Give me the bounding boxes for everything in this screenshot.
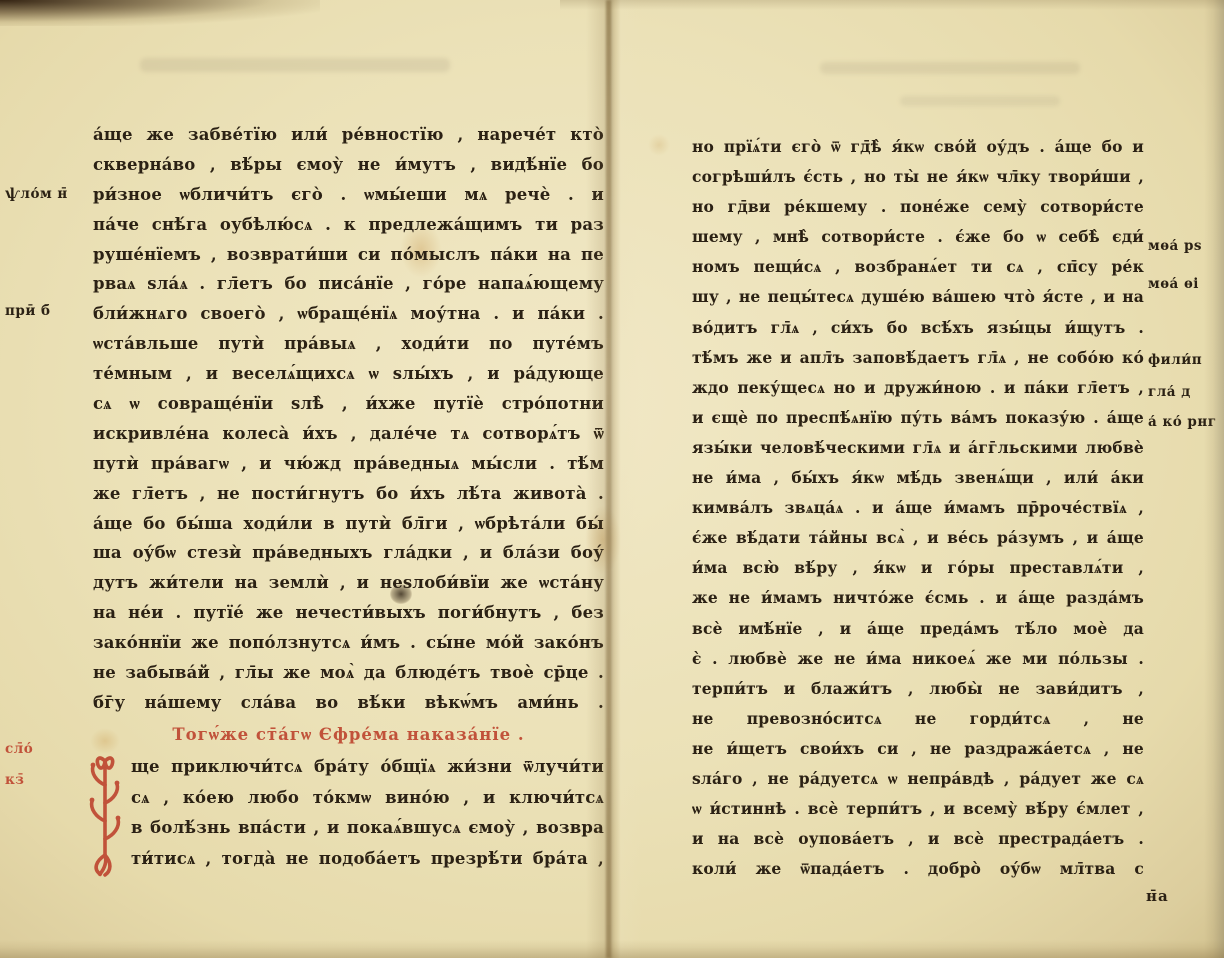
text-line: не и́щетъ свои́хъ си , не раздража́етсѧ … [692,734,1144,764]
chapter-text-block: ще приключи́тсѧ бра́ту о́бщїѧ жи́зни ѿлу… [131,752,604,874]
text-line: во́дитъ гл̄ѧ , си́хъ бо всѣ́хъ язы́цы и́… [692,313,1144,343]
text-line: а́ще бо бы́ша ходи́ли в путѝ бл̄ги , ѡбр… [93,509,604,539]
showthrough-text [140,58,450,72]
text-line: сѧ ѡ совраще́нїи ѕлѣ̀ , и́хже путїѐ стро… [93,389,604,419]
page-stack-edge-bottom [0,940,1224,958]
margin-note: фили́п [1148,352,1202,368]
text-line: тѣ́мъ же и апл̄ъ заповѣ́даетъ гл̄ѧ , не … [692,343,1144,373]
text-line: є́же вѣ́дати та́йны всѧ̀ , и ве́сь ра́зу… [692,523,1144,553]
text-line: коли́ же ѿпада́етъ . добро̀ оу́бѡ мл̄тва… [692,854,1144,884]
text-line: в болѣ́знь впа́сти , и покаѧ́вшусѧ ємоу̀… [131,813,604,844]
binding-edge-top-left [0,0,320,26]
paper-stain [648,134,670,156]
text-line: не и́ма , бы́хъ я́кѡ мѣ́дь звенѧ́щи , ил… [692,463,1144,493]
text-line: ще приключи́тсѧ бра́ту о́бщїѧ жи́зни ѿлу… [131,752,604,783]
text-line: номъ пещи́сѧ , возбранѧ́ет ти сѧ , сп̄су… [692,252,1144,282]
text-line: и єщѐ по преспѣ́ѧнїю пу́ть ва́мъ показу́… [692,403,1144,433]
text-line: зако́ннїи же попо́лзнутсѧ и́мъ . сы́не м… [93,628,604,658]
text-line: скверна́во , вѣ́ры ємоу̀ не и́мутъ , вид… [93,150,604,180]
text-line: кимва́лъ звѧца́ѧ . и а́ще и́мамъ пр̄роче… [692,493,1144,523]
text-line: сѧ , ко́ею любо то́кмѡ вино́ю , и ключи́… [131,783,604,814]
text-line: ѕла́го , не ра́дуетсѧ ѡ непра́вдѣ , ра́д… [692,764,1144,794]
text-line: ри́зное ѡбличи́тъ єго̀ . ѡмы́еши мѧ речѐ… [93,180,604,210]
text-line: дутъ жи́тели на землѝ , и неѕлоби́вїи же… [93,568,604,598]
text-line: шу , не пецы́тесѧ душе́ю ва́шею что̀ я́с… [692,282,1144,312]
text-line: а́ще же забве́тїю или́ ре́вностїю , наре… [93,120,604,150]
page-stack-edge-right [1204,0,1224,958]
text-line: є̀ . любвѐ же не и́ма никоеѧ́ же ми по́л… [692,644,1144,674]
margin-note: ѱло́м н̄ [5,186,68,202]
text-line: и́ма всю̀ вѣ́ру , я́кѡ и го́ры преставлѧ… [692,553,1144,583]
text-line: и на всѐ оупова́етъ , и всѐ престрада́ет… [692,824,1144,854]
showthrough-text [820,62,1080,74]
text-line: шему , мнѣ̀ сотвори́сте . є́же бо ѡ себѣ… [692,222,1144,252]
text-line: терпи́тъ и блажи́тъ , любы̀ не зави́дитъ… [692,674,1144,704]
text-line: но прїѧ́ти єго̀ ѿ гд̄ѣ̀ я́кѡ сво́й оу́дъ… [692,132,1144,162]
page-stack-edge-top [560,0,1224,10]
showthrough-text [900,96,1060,106]
left-page-text-block: а́ще же забве́тїю или́ ре́вностїю , наре… [93,120,604,718]
text-line: руше́нїемъ , возврати́ши си по́мыслъ па́… [93,240,604,270]
margin-note: кз̄ [5,772,24,788]
text-line: ждо пеку́щесѧ но и дружи́ною . и па́ки г… [692,373,1144,403]
text-line: на не́и . путїе́ же нечести́выхъ поги́бн… [93,598,604,628]
text-line: искривле́на колеса̀ и́хъ , дале́че тѧ со… [93,419,604,449]
left-margin-notes: ѱло́м н̄прӣ б̄сл̄о́кз̄ [5,0,85,958]
text-line: ша оу́бѡ стезѝ пра́ведныхъ гла́дки , и б… [93,538,604,568]
text-line: но гд̄ви ре́кшему . поне́же сему̀ сотвор… [692,192,1144,222]
text-line: всѐ имѣ́нїе , и а́ще преда́мъ тѣ́ло моѐ … [692,614,1144,644]
margin-note: гла́ д [1148,384,1191,400]
margin-note: а́ ко́ рнг [1148,414,1217,430]
text-line: ти́тисѧ , тогда̀ не подоба́етъ презрѣ́ти… [131,844,604,875]
text-line: бг̄у на́шему сла́ва во вѣ́ки вѣкѡ́мъ ами… [93,688,604,718]
chapter-heading: Тогѡ́же ст̄а́гѡ Єфре́ма наказа́нїе . [93,720,604,750]
right-page-text-block: но прїѧ́ти єго̀ ѿ гд̄ѣ̀ я́кѡ сво́й оу́дъ… [692,132,1144,884]
right-margin-notes: мѳа́ рѕмѳа́ ѳіфили́пгла́ да́ ко́ рнг [1148,0,1224,958]
text-line: же гл̄етъ , не пости́гнутъ бо и́хъ лѣ́та… [93,479,604,509]
text-line: не превозно́ситсѧ не горди́тсѧ , не ѕлоѡ… [692,704,1144,734]
margin-note: прӣ б̄ [5,303,51,319]
text-line: же не и́мамъ ничто́же є́смь . и а́ще раз… [692,583,1144,613]
text-line: язы́ки человѣ́ческими гл̄ѧ и а́гг̄льским… [692,433,1144,463]
margin-note: мѳа́ ѳі [1148,276,1199,292]
text-line: рваѧ ѕла́ѧ . гл̄етъ бо писа́нїе , го́ре … [93,269,604,299]
text-line: бли́жнѧго своего̀ , ѡбраще́нїѧ моу́тна .… [93,299,604,329]
margin-note: сл̄о́ [5,741,33,757]
text-line: ѡста́вльше путѝ пра́выѧ , ходи́ти по пут… [93,329,604,359]
text-line: не забыва́й , гл̄ы же моѧ̀ да блюде́тъ т… [93,658,604,688]
text-line: па́че снѣ́га оубѣлю́сѧ . к предлежа́щимъ… [93,210,604,240]
text-line: те́мным , и веселѧ́щихсѧ ѡ ѕлы́хъ , и ра… [93,359,604,389]
book-spread: а́ще же забве́тїю или́ ре́вностїю , наре… [0,0,1224,958]
text-line: путѝ пра́вагѡ , и чю́жд пра́ведныѧ мы́сл… [93,449,604,479]
text-line: согрѣши́лъ є́сть , но ты̀ не я́кѡ чл̄ку … [692,162,1144,192]
gutter-crease [606,0,611,958]
ornate-initial-a [84,751,126,877]
folio-number: н̄а [1146,887,1169,905]
text-line: ѡ и́стиннѣ . всѐ терпи́тъ , и всему̀ вѣ́… [692,794,1144,824]
margin-note: мѳа́ рѕ [1148,238,1202,254]
